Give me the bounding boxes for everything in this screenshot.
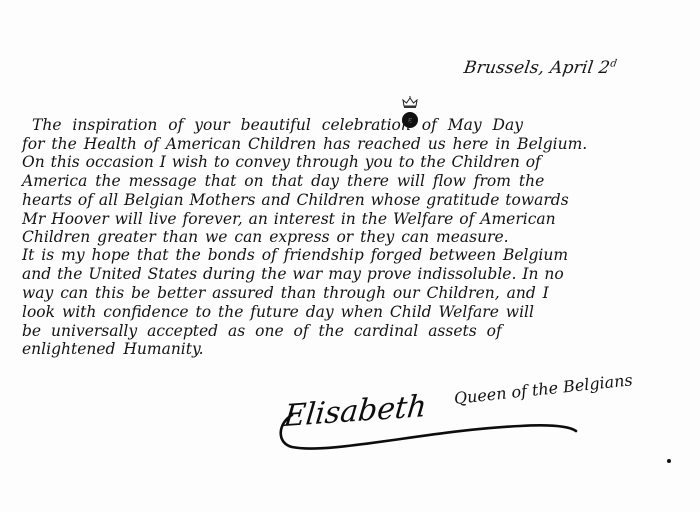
letter-line: It is my hope that the bonds of friendsh… xyxy=(22,246,568,264)
letter-line: be universally accepted as one of the ca… xyxy=(22,322,502,340)
letter-line: and the United States during the war may… xyxy=(22,265,564,283)
letter-line: America the message that on that day the… xyxy=(22,172,544,190)
letter-line: Children greater than we can express or … xyxy=(22,228,509,246)
dateline-text: Brussels, April 2 xyxy=(463,58,612,78)
letter-line: for the Health of American Children has … xyxy=(22,135,587,153)
letter-line: On this occasion I wish to convey throug… xyxy=(22,153,541,171)
letter-line: look with confidence to the future day w… xyxy=(22,303,534,321)
ink-speck xyxy=(667,459,671,463)
letter-line: enlightened Humanity. xyxy=(22,340,204,358)
letter-line: Mr Hoover will live forever, an interest… xyxy=(22,210,556,228)
letter-line: The inspiration of your beautiful celebr… xyxy=(32,116,523,134)
dateline: Brussels, April 2d xyxy=(463,58,618,78)
dateline-ordinal: d xyxy=(610,58,618,69)
letter-line: hearts of all Belgian Mothers and Childr… xyxy=(22,191,569,209)
letter-line: way can this be better assured than thro… xyxy=(22,284,549,302)
letter-page: Brussels, April 2d E The inspiration of … xyxy=(0,0,700,512)
signature-block: Elisabeth Queen of the Belgians xyxy=(270,385,690,465)
